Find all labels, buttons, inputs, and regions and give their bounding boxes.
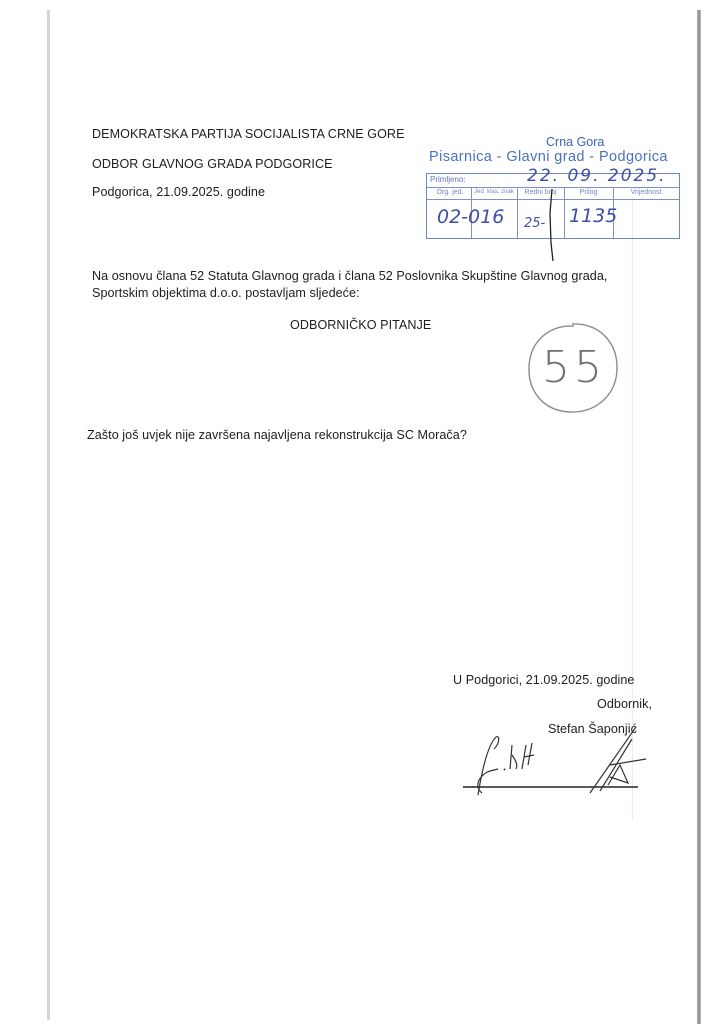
closing-place-date: U Podgorici, 21.09.2025. godine <box>453 673 635 687</box>
intro-paragraph: Na osnovu člana 52 Statuta Glavnog grada… <box>92 268 607 302</box>
circled-number-text: 55 <box>542 342 606 393</box>
scan-edge-right <box>697 10 701 1024</box>
question-text: Zašto još uvjek nije završena najavljena… <box>87 428 467 442</box>
closing-role: Odbornik, <box>597 697 652 711</box>
header-date: Podgorica, 21.09.2025. godine <box>92 185 265 199</box>
stamp-pen-stroke <box>420 133 690 273</box>
party-name: DEMOKRATSKA PARTIJA SOCIJALISTA CRNE GOR… <box>92 127 405 141</box>
document-title: ODBORNIČKO PITANJE <box>290 318 431 332</box>
intro-line-1: Na osnovu člana 52 Statuta Glavnog grada… <box>92 268 607 285</box>
committee-name: ODBOR GLAVNOG GRADA PODGORICE <box>92 157 333 171</box>
circled-number: 55 <box>524 320 620 416</box>
signature <box>460 725 660 800</box>
intro-line-2: Sportskim objektima d.o.o. postavljam sl… <box>92 285 607 302</box>
scan-edge-left <box>47 10 50 1020</box>
